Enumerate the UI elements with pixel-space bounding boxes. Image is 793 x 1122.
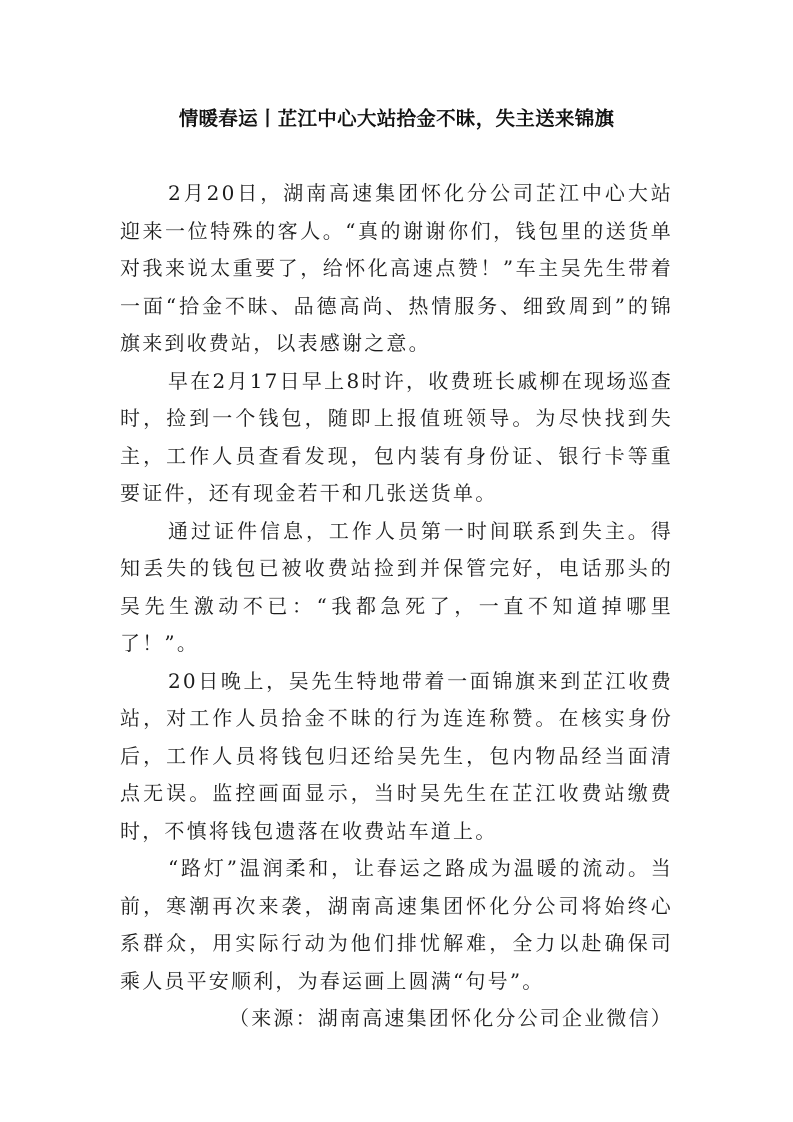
article-body: 2月20日，湖南高速集团怀化分公司芷江中心大站迎来一位特殊的客人。“真的谢谢你们… xyxy=(120,175,673,1038)
article-title: 情暖春运丨芷江中心大站拾金不昧，失主送来锦旗 xyxy=(120,104,673,134)
paragraph-2: 早在2月17日早上8时许，收费班长戚柳在现场巡查时，捡到一个钱包，随即上报值班领… xyxy=(120,363,673,513)
paragraph-5: “路灯”温润柔和，让春运之路成为温暖的流动。当前，寒潮再次来袭，湖南高速集团怀化… xyxy=(120,850,673,1000)
paragraph-3: 通过证件信息，工作人员第一时间联系到失主。得知丢失的钱包已被收费站捡到并保管完好… xyxy=(120,513,673,663)
source-attribution: （来源：湖南高速集团怀化分公司企业微信） xyxy=(120,1000,673,1038)
paragraph-1: 2月20日，湖南高速集团怀化分公司芷江中心大站迎来一位特殊的客人。“真的谢谢你们… xyxy=(120,175,673,363)
paragraph-4: 20日晚上，吴先生特地带着一面锦旗来到芷江收费站，对工作人员拾金不昧的行为连连称… xyxy=(120,663,673,851)
